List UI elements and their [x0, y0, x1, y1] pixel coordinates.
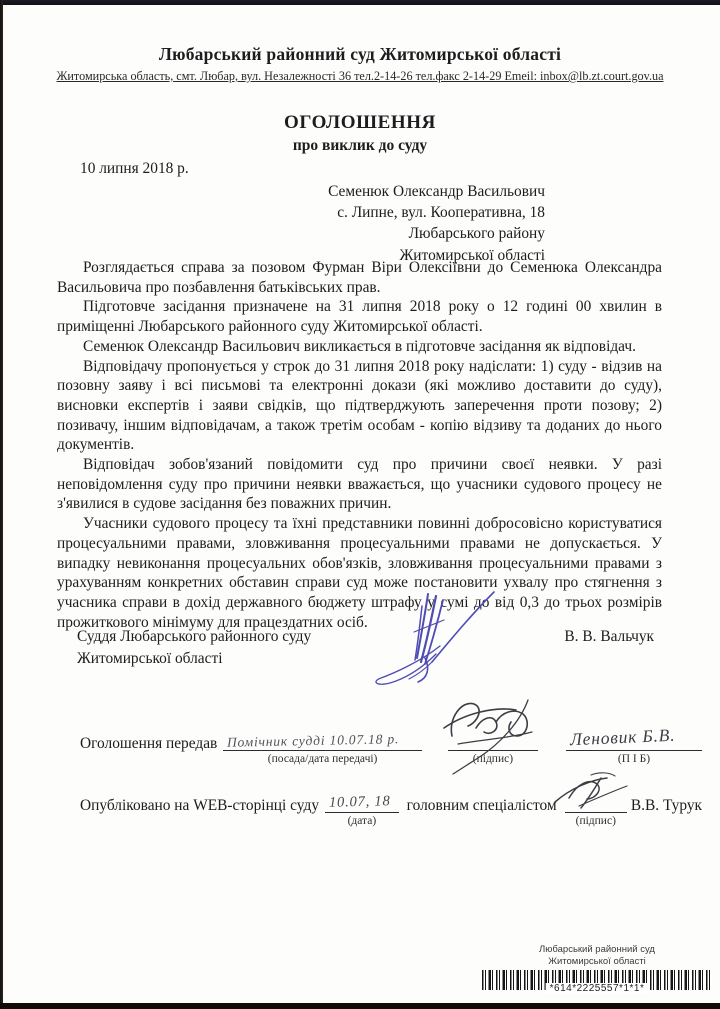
paragraph-response-requirements: Відповідачу пропонується у строк до 31 л…: [57, 357, 662, 456]
paragraph-summons: Семенюк Олександр Васильович викликаєтьс…: [57, 337, 662, 357]
paragraph-absence-notice: Відповідач зобов'язаний повідомити суд п…: [57, 455, 662, 514]
caption-signature: (підпис): [448, 751, 538, 770]
handwritten-name: Леновик Б.В.: [570, 725, 676, 751]
paragraph-case: Розглядається справа за позовом Фурман В…: [57, 258, 662, 297]
document-subtitle: про виклик до суду: [0, 137, 720, 155]
court-address-line: Житомирська область, смт. Любар, вул. Не…: [10, 69, 710, 84]
handover-position-line: Помічник судді 10.07.18 р.: [223, 726, 422, 751]
barcode-number: *614*2225557*1*1*: [546, 983, 649, 994]
court-name: Любарський районний суд Житомирської обл…: [10, 44, 710, 65]
handover-position-field: Помічник судді 10.07.18 р. (посада/дата …: [223, 726, 422, 770]
stamp-court-line1: Любарський районний суд: [482, 944, 712, 956]
recipient-street: с. Липне, вул. Кооперативна, 18: [328, 202, 545, 223]
registration-stamp: Любарський районний суд Житомирської обл…: [482, 944, 712, 990]
barcode: *614*2225557*1*1*: [482, 970, 712, 990]
caption-date: (дата): [325, 813, 399, 832]
issue-date: 10 липня 2018 р.: [80, 160, 189, 178]
caption-position-date: (посада/дата передачі): [223, 751, 422, 770]
handover-name-field: Леновик Б.В. (П І Б): [566, 726, 702, 770]
scan-edge-bottom: [0, 1003, 720, 1009]
recipient-district: Любарського району: [328, 223, 545, 244]
caption-signature: (підпис): [565, 813, 627, 832]
publication-signature-field: (підпис): [565, 788, 627, 832]
recipient-block: Семенюк Олександр Васильович с. Липне, в…: [328, 181, 545, 266]
caption-full-name: (П І Б): [566, 751, 702, 770]
handwritten-position-date: Помічник судді 10.07.18 р.: [227, 731, 399, 751]
judge-position-line2: Житомирської області: [77, 648, 311, 670]
document-title-block: ОГОЛОШЕННЯ про виклик до суду: [0, 112, 720, 155]
handwritten-publication-date: 10.07, 18: [329, 793, 391, 812]
handover-signature-line: [448, 726, 538, 751]
publication-row: Опубліковано на WEB-сторінці суду 10.07,…: [80, 788, 702, 832]
handover-name-line: Леновик Б.В.: [566, 726, 702, 751]
judge-name: В. В. Вальчук: [564, 626, 654, 670]
recipient-name: Семенюк Олександр Васильович: [328, 181, 545, 202]
publication-label-start: Опубліковано на WEB-сторінці суду: [80, 797, 319, 815]
specialist-name: В.В. Турук: [631, 797, 702, 815]
scan-edge-top: [0, 0, 720, 5]
publication-date-line: 10.07, 18: [325, 788, 399, 813]
document-header: Любарський районний суд Житомирської обл…: [10, 44, 710, 84]
handover-row: Оголошення передав Помічник судді 10.07.…: [80, 726, 702, 770]
publication-date-field: 10.07, 18 (дата): [325, 788, 399, 832]
scanned-court-document: Любарський районний суд Житомирської обл…: [0, 0, 720, 1009]
publication-label-middle: головним спеціалістом: [407, 797, 557, 815]
document-title: ОГОЛОШЕННЯ: [0, 112, 720, 134]
judge-position-line1: Суддя Любарського районного суду: [77, 626, 311, 648]
handover-label: Оголошення передав: [80, 735, 217, 753]
paragraph-procedural-duties: Учасники судового процесу та їхні предст…: [57, 514, 662, 632]
paragraph-hearing: Підготовче засідання призначене на 31 ли…: [57, 297, 662, 336]
document-body: Розглядається справа за позовом Фурман В…: [57, 258, 662, 632]
judge-position: Суддя Любарського районного суду Житомир…: [77, 626, 311, 670]
judge-block: Суддя Любарського районного суду Житомир…: [77, 626, 654, 670]
handover-signature-field: (підпис): [448, 726, 538, 770]
publication-signature-line: [565, 788, 627, 813]
stamp-court-line2: Житомирської області: [482, 956, 712, 968]
